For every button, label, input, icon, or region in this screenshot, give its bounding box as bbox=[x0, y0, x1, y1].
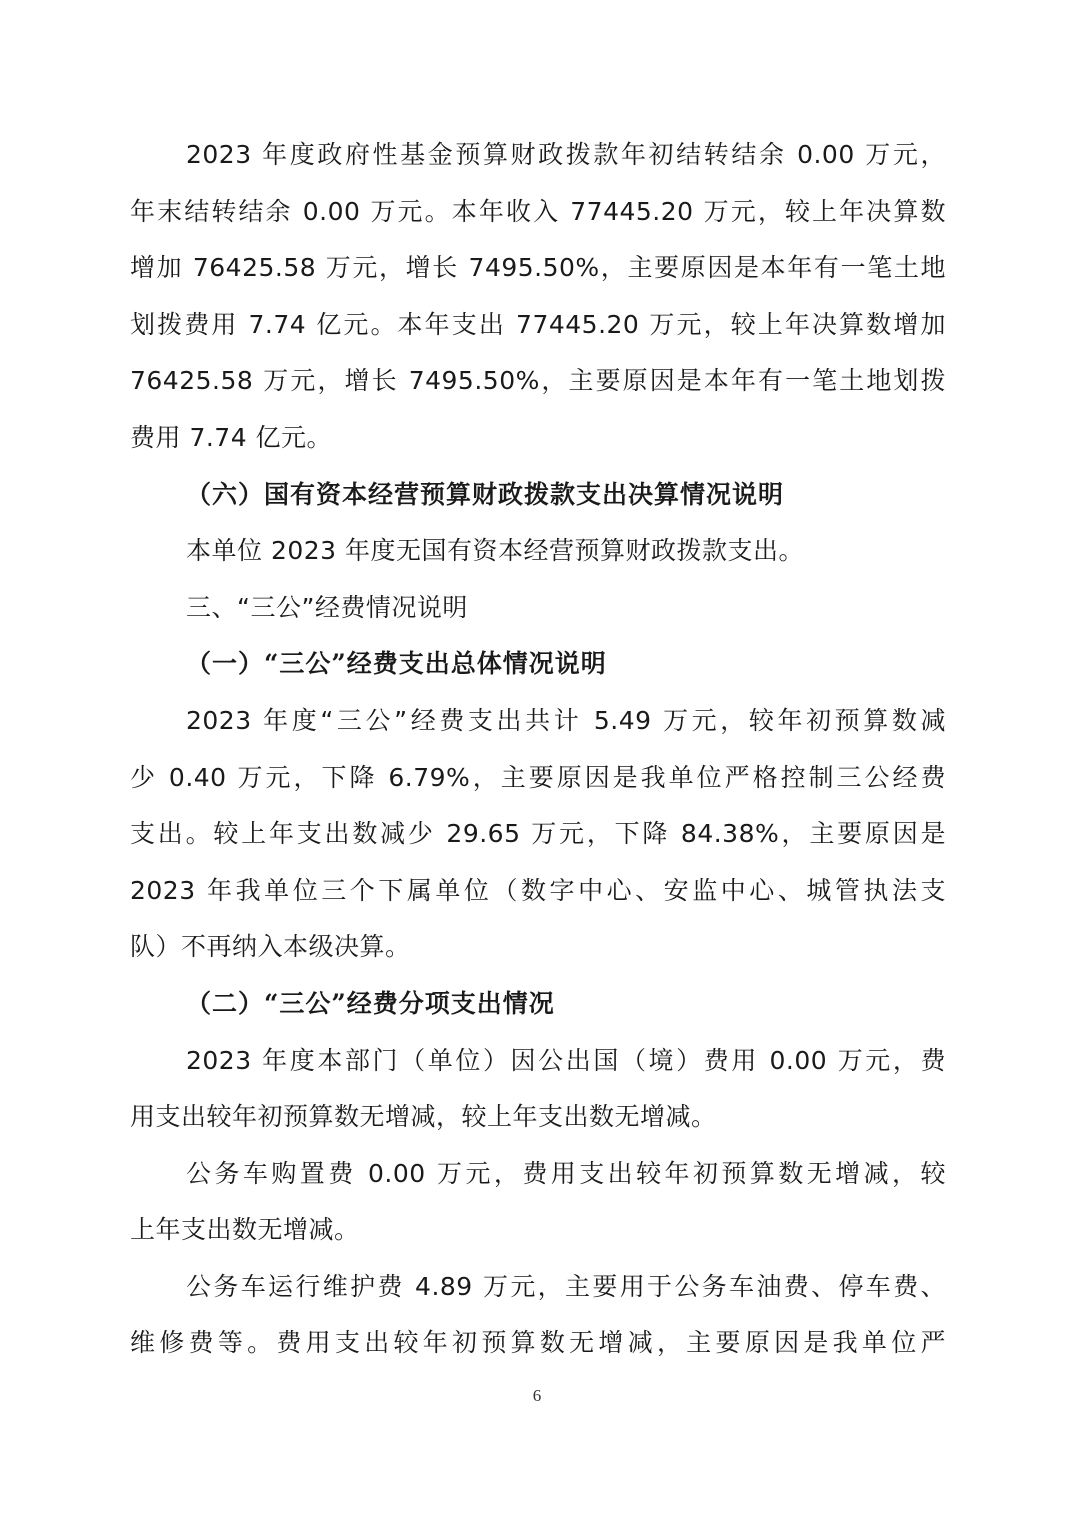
section-heading-6: （六）国有资本经营预算财政拨款支出决算情况说明 bbox=[130, 467, 946, 524]
paragraph-line: 公务车购置费 0.00 万元，费用支出较年初预算数无增减，较 bbox=[130, 1146, 946, 1203]
document-page: 2023 年度政府性基金预算财政拨款年初结转结余 0.00 万元， 年末结转结余… bbox=[130, 127, 946, 1372]
paragraph-line: 2023 年度政府性基金预算财政拨款年初结转结余 0.00 万元， bbox=[130, 127, 946, 184]
paragraph-line: 维修费等。费用支出较年初预算数无增减，主要原因是我单位严 bbox=[130, 1315, 946, 1372]
paragraph-line: 队）不再纳入本级决算。 bbox=[130, 919, 946, 976]
paragraph-line: 增加 76425.58 万元，增长 7495.50%，主要原因是本年有一笔土地 bbox=[130, 240, 946, 297]
section-heading-3: 三、“三公”经费情况说明 bbox=[130, 580, 946, 637]
paragraph-line: 2023 年度“三公”经费支出共计 5.49 万元，较年初预算数减 bbox=[130, 693, 946, 750]
paragraph-line: 支出。较上年支出数减少 29.65 万元，下降 84.38%，主要原因是 bbox=[130, 806, 946, 863]
paragraph-line: 划拨费用 7.74 亿元。本年支出 77445.20 万元，较上年决算数增加 bbox=[130, 297, 946, 354]
paragraph-line: 年末结转结余 0.00 万元。本年收入 77445.20 万元，较上年决算数 bbox=[130, 184, 946, 241]
paragraph-line: 少 0.40 万元，下降 6.79%，主要原因是我单位严格控制三公经费 bbox=[130, 750, 946, 807]
page-number: 6 bbox=[0, 1386, 1074, 1406]
paragraph-line: 公务车运行维护费 4.89 万元，主要用于公务车油费、停车费、 bbox=[130, 1259, 946, 1316]
paragraph-line: 费用 7.74 亿元。 bbox=[130, 410, 946, 467]
paragraph-line: 上年支出数无增减。 bbox=[130, 1202, 946, 1259]
paragraph-line: 76425.58 万元，增长 7495.50%，主要原因是本年有一笔土地划拨 bbox=[130, 353, 946, 410]
subsection-heading-2: （二）“三公”经费分项支出情况 bbox=[130, 976, 946, 1033]
paragraph-line: 2023 年我单位三个下属单位（数字中心、安监中心、城管执法支 bbox=[130, 863, 946, 920]
paragraph-line: 用支出较年初预算数无增减，较上年支出数无增减。 bbox=[130, 1089, 946, 1146]
paragraph-line: 2023 年度本部门（单位）因公出国（境）费用 0.00 万元，费 bbox=[130, 1033, 946, 1090]
paragraph-line: 本单位 2023 年度无国有资本经营预算财政拨款支出。 bbox=[130, 523, 946, 580]
subsection-heading-1: （一）“三公”经费支出总体情况说明 bbox=[130, 636, 946, 693]
